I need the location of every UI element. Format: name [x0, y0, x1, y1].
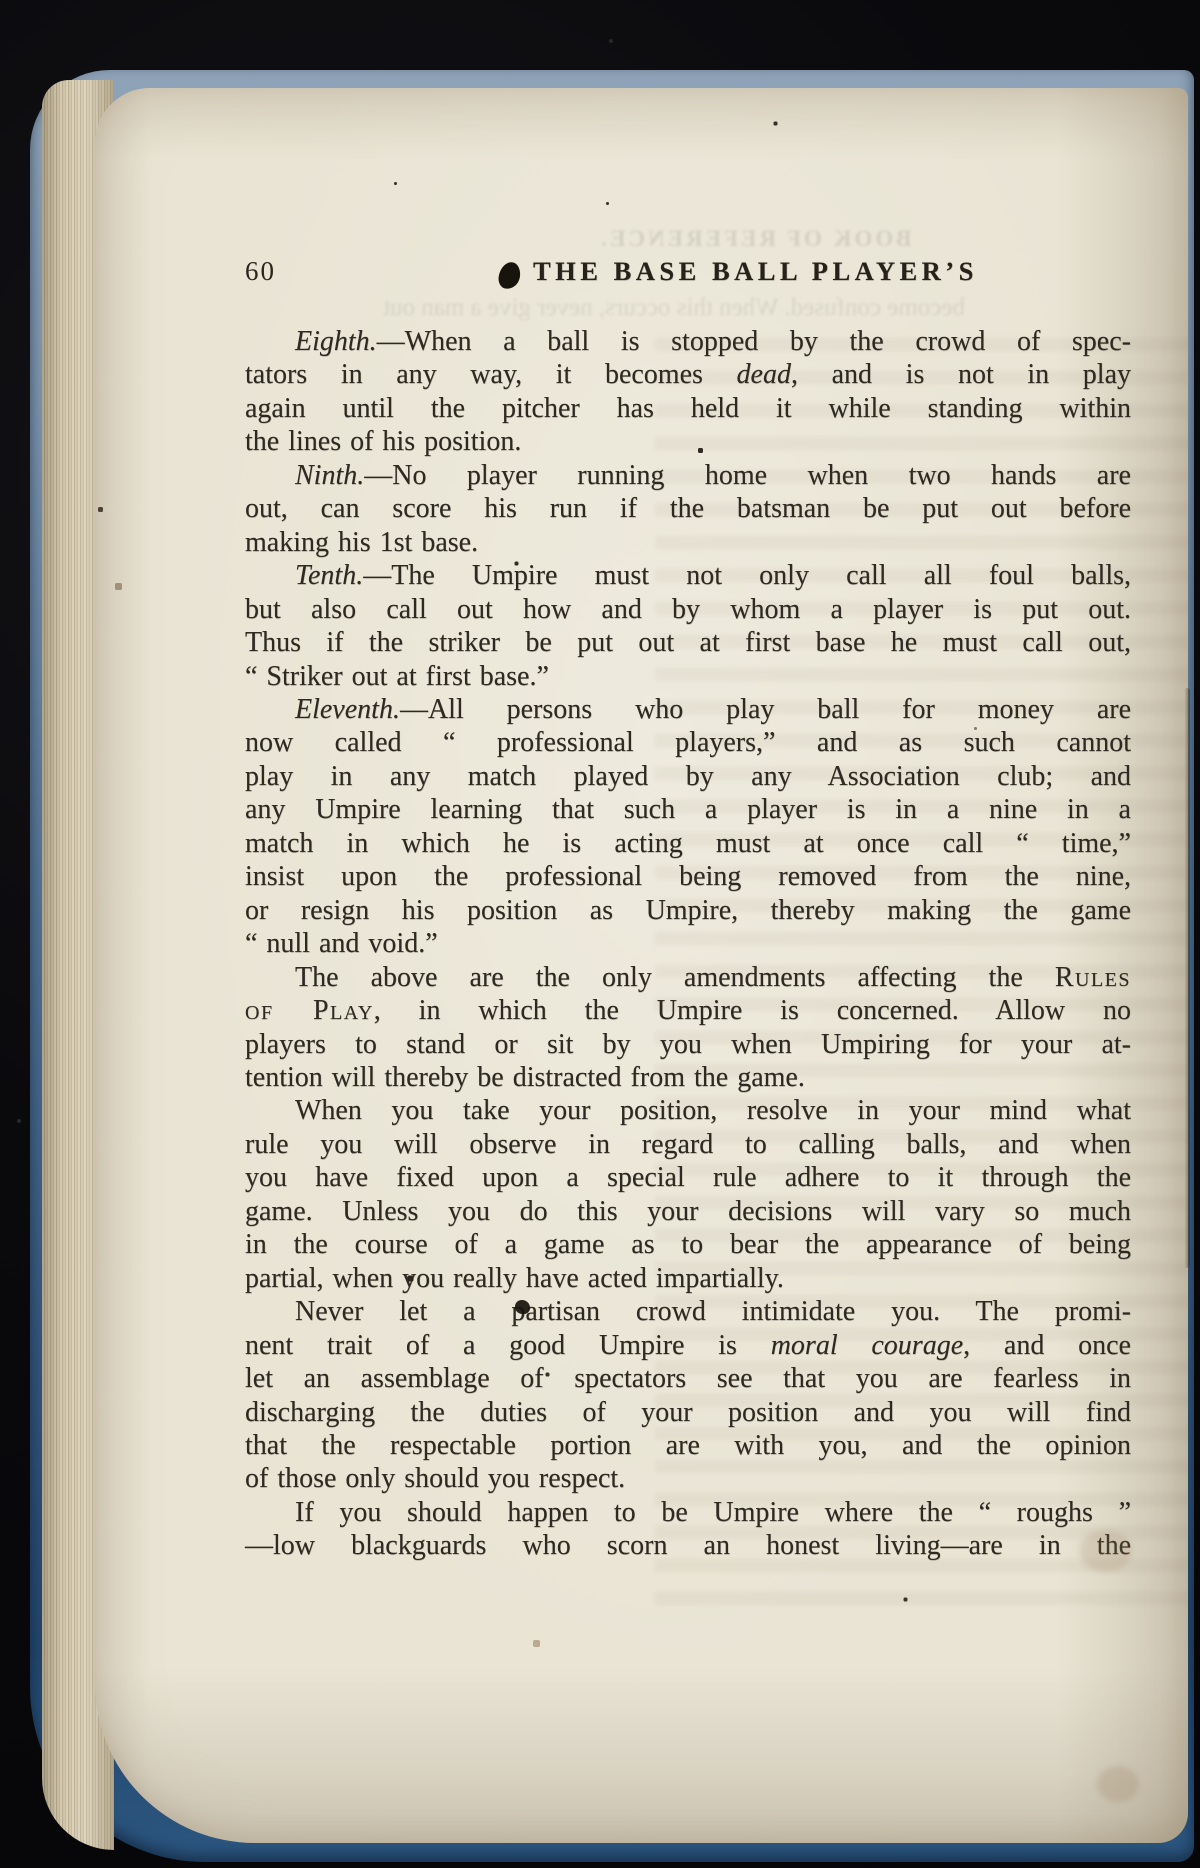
paper-specks	[95, 88, 96, 89]
paragraph: If you should happen to be Umpire where …	[245, 1496, 1131, 1563]
text-line: nent trait of a good Umpire is moral cou…	[245, 1329, 1131, 1362]
text-line: any Umpire learning that such a player i…	[245, 793, 1131, 826]
text-line: The above are the only amendments affect…	[245, 961, 1131, 994]
text-line: “ null and void.”	[245, 927, 1131, 960]
text-line: game. Unless you do this your decisions …	[245, 1195, 1131, 1228]
text-line: insist upon the professional being remov…	[245, 860, 1131, 893]
text-line: tators in any way, it becomes dead, and …	[245, 358, 1131, 391]
page-text: Eighth.—When a ball is stopped by the cr…	[245, 325, 1131, 1563]
text-line: again until the pitcher has held it whil…	[245, 392, 1131, 425]
paragraph: Eleventh.—All persons who play ball for …	[245, 693, 1131, 961]
text-line: rule you will observe in regard to calli…	[245, 1128, 1131, 1161]
paper-stain	[1097, 1766, 1139, 1802]
text-line: but also call out how and by whom a play…	[245, 593, 1131, 626]
text-line: match in which he is acting must at once…	[245, 827, 1131, 860]
paragraph: The above are the only amendments affect…	[245, 961, 1131, 1095]
text-line: that the respectable portion are with yo…	[245, 1429, 1131, 1462]
page-number: 60	[245, 256, 276, 287]
text-line: tention will thereby be distracted from …	[245, 1061, 1131, 1094]
text-line: —low blackguards who scorn an honest liv…	[245, 1529, 1131, 1562]
text-line: Thus if the striker be put out at first …	[245, 626, 1131, 659]
paragraph: Eighth.—When a ball is stopped by the cr…	[245, 325, 1131, 459]
running-head: THE BASE BALL PLAYER’S	[533, 256, 978, 287]
text-line: If you should happen to be Umpire where …	[245, 1496, 1131, 1529]
text-line: out, can score his run if the batsman be…	[245, 492, 1131, 525]
dust-specks	[0, 0, 2, 2]
text-line: “ Striker out at first base.”	[245, 660, 1131, 693]
paragraph: Tenth.—The Umpire must not only call all…	[245, 559, 1131, 693]
paragraph: Ninth.—No player running home when two h…	[245, 459, 1131, 559]
text-line: Never let a partisan crowd intimidate yo…	[245, 1295, 1131, 1328]
photo-background: BOOK OF REFERENCE. become confused. When…	[0, 0, 1200, 1868]
ink-blot	[497, 261, 522, 291]
text-line: discharging the duties of your position …	[245, 1396, 1131, 1429]
page-edge-line	[1184, 688, 1190, 1268]
text-line: making his 1st base.	[245, 526, 1131, 559]
text-line: play in any match played by any Associat…	[245, 760, 1131, 793]
text-line: of Play, in which the Umpire is concerne…	[245, 994, 1131, 1027]
paragraph: Never let a partisan crowd intimidate yo…	[245, 1295, 1131, 1496]
text-line: or resign his position as Umpire, thereb…	[245, 894, 1131, 927]
paper-stain	[1080, 1530, 1132, 1572]
text-line: you have fixed upon a special rule adher…	[245, 1161, 1131, 1194]
paragraph: When you take your position, resolve in …	[245, 1094, 1131, 1295]
text-line: Eighth.—When a ball is stopped by the cr…	[245, 325, 1131, 358]
text-line: Tenth.—The Umpire must not only call all…	[245, 559, 1131, 592]
text-line: the lines of his position.	[245, 425, 1131, 458]
text-line: When you take your position, resolve in …	[245, 1094, 1131, 1127]
text-line: partial, when you really have acted impa…	[245, 1262, 1131, 1295]
showthrough-text: BOOK OF REFERENCE.	[475, 226, 1035, 252]
text-line: now called “ professional players,” and …	[245, 726, 1131, 759]
text-line: Eleventh.—All persons who play ball for …	[245, 693, 1131, 726]
book-page: BOOK OF REFERENCE. become confused. When…	[95, 88, 1188, 1843]
text-line: of those only should you respect.	[245, 1462, 1131, 1495]
showthrough-text: become confused. When this occurs, never…	[265, 294, 965, 322]
text-line: let an assemblage of spectators see that…	[245, 1362, 1131, 1395]
text-line: in the course of a game as to bear the a…	[245, 1228, 1131, 1261]
text-line: players to stand or sit by you when Umpi…	[245, 1028, 1131, 1061]
page-header: 60 THE BASE BALL PLAYER’S	[245, 254, 1133, 292]
text-line: Ninth.—No player running home when two h…	[245, 459, 1131, 492]
ink-blot	[515, 1300, 530, 1314]
